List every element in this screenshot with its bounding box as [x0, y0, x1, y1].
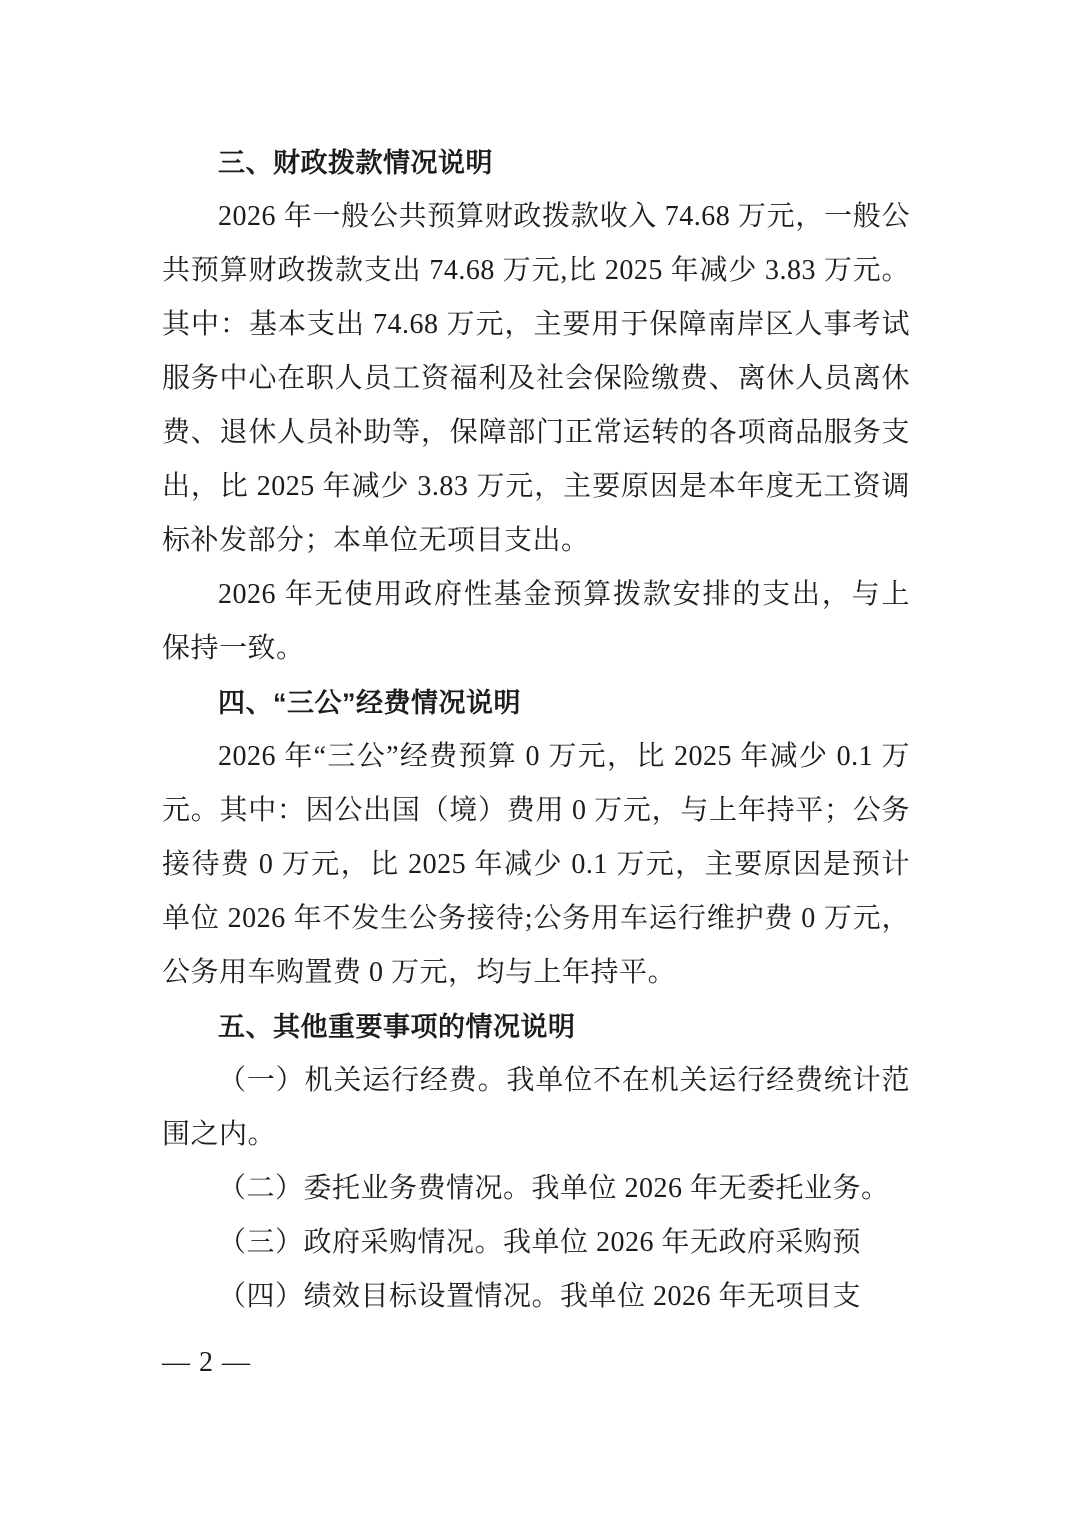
section-heading: 五、其他重要事项的情况说明 [162, 1000, 910, 1054]
body-line: 元。其中：因公出国（境）费用 0 万元，与上年持平；公务 [162, 784, 910, 838]
body-line: 出，比 2025 年减少 3.83 万元，主要原因是本年度无工资调 [162, 460, 910, 514]
body-line: 保持一致。 [162, 622, 910, 676]
page-number: — 2 — [162, 1336, 251, 1390]
section-heading: 三、财政拨款情况说明 [162, 136, 910, 190]
body-line: 2026 年无使用政府性基金预算拨款安排的支出，与上年 [162, 568, 910, 622]
body-line: 单位 2026 年不发生公务接待;公务用车运行维护费 0 万元， [162, 892, 910, 946]
body-line: （二）委托业务费情况。我单位 2026 年无委托业务。 [162, 1162, 910, 1216]
body-line: （四）绩效目标设置情况。我单位 2026 年无项目支出， [162, 1270, 910, 1324]
body-line: （三）政府采购情况。我单位 2026 年无政府采购预算。 [162, 1216, 910, 1270]
section-heading: 四、“三公”经费情况说明 [162, 676, 910, 730]
body-line: 其中：基本支出 74.68 万元，主要用于保障南岸区人事考试 [162, 298, 910, 352]
body-line: 服务中心在职人员工资福利及社会保险缴费、离休人员离休 [162, 352, 910, 406]
body-line: 围之内。 [162, 1108, 910, 1162]
body-line: 公务用车购置费 0 万元，均与上年持平。 [162, 946, 910, 1000]
body-line: 2026 年“三公”经费预算 0 万元，比 2025 年减少 0.1 万 [162, 730, 910, 784]
body-line: 费、退休人员补助等，保障部门正常运转的各项商品服务支 [162, 406, 910, 460]
body-line: 接待费 0 万元，比 2025 年减少 0.1 万元，主要原因是预计本 [162, 838, 910, 892]
document-page: 三、财政拨款情况说明 2026 年一般公共预算财政拨款收入 74.68 万元，一… [0, 0, 1074, 1520]
body-line: 共预算财政拨款支出 74.68 万元,比 2025 年减少 3.83 万元。 [162, 244, 910, 298]
body-line: （一）机关运行经费。我单位不在机关运行经费统计范 [162, 1054, 910, 1108]
body-line: 2026 年一般公共预算财政拨款收入 74.68 万元，一般公 [162, 190, 910, 244]
body-line: 标补发部分；本单位无项目支出。 [162, 514, 910, 568]
